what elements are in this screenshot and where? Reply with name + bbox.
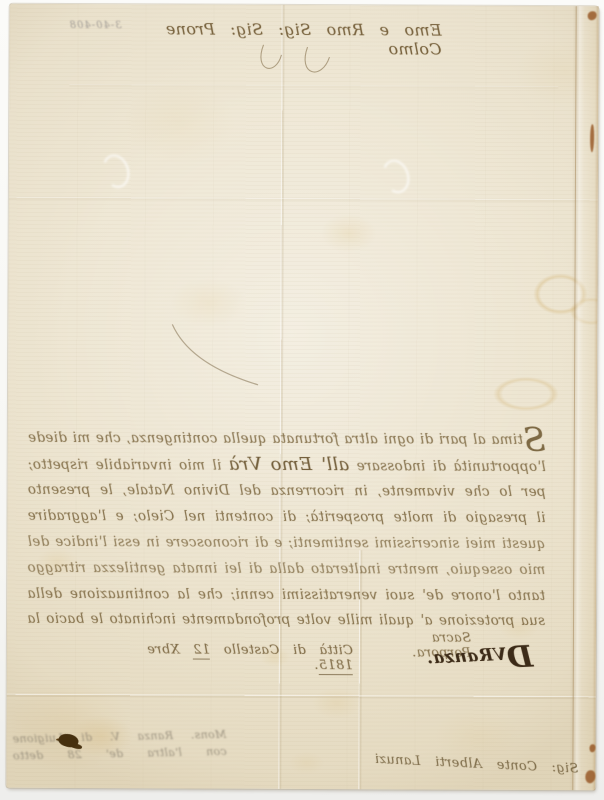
body-line-1: Stima al pari di ogni altra fortunata qu… — [28, 427, 546, 453]
pencil-annotation-line-2: con l'altra de' 28 detto — [13, 743, 227, 765]
right-edge-band — [572, 6, 598, 790]
body-line-2: l'opportunità di indossare all' Emo Vrà … — [28, 453, 546, 479]
dateline-day: 12 — [193, 643, 210, 660]
signature-name: VRanza. — [426, 645, 507, 669]
dateline-year: 1815 — [318, 658, 352, 675]
archival-number: 3-40-408 — [32, 20, 122, 31]
addressee-line: Sig: Conte Alberti Lanuzi — [374, 752, 578, 777]
body-line-3: per lo che vivamente, in ricorrenza del … — [28, 479, 546, 505]
signature-initial: D — [506, 640, 534, 676]
body-line-text: il mio invariabile rispetto; — [28, 457, 229, 474]
date-line: Città di Castello 12 Xbre 1815. — [147, 642, 353, 673]
body-line-text: tima al pari di ogni altra fortunata que… — [28, 430, 523, 448]
pencil-annotation: Mons. Ranza V. di Luigione con l'altra d… — [12, 726, 227, 765]
horizontal-crease-upper — [9, 197, 598, 203]
scan-area: 3-40-408 Emo e Rmo Sig: Sig: Prone Colmo… — [0, 0, 604, 800]
embossed-mark — [98, 151, 133, 191]
dateline-place: Città di Castello — [210, 643, 353, 659]
drop-cap: S — [523, 420, 546, 459]
body-line-5: questi miei sincerissimi sentimenti; e d… — [27, 531, 545, 557]
dateline-period: . — [314, 658, 319, 673]
signature: DVRanza. — [436, 644, 533, 669]
body-line-4: il presagio di molte prosperità; di cont… — [27, 505, 545, 531]
hairline-ink-stroke — [170, 320, 262, 388]
honorific-large-script: all' Emo Vrà — [228, 454, 349, 476]
dateline-month: Xbre — [147, 642, 193, 657]
body-line-text: l'opportunità di indossare — [349, 458, 546, 475]
letter-page: 3-40-408 Emo e Rmo Sig: Sig: Prone Colmo… — [6, 4, 598, 791]
horizontal-fold-crease — [7, 694, 596, 700]
body-line-6: mio ossequio, mentre inalterato dalla di… — [27, 557, 545, 583]
embossed-mark — [378, 156, 413, 196]
body-line-7: tanto l'onore de' suoi veneratissimi cen… — [27, 583, 545, 609]
salutation-line: Emo e Rmo Sig: Sig: Prone Colmo — [165, 19, 441, 58]
